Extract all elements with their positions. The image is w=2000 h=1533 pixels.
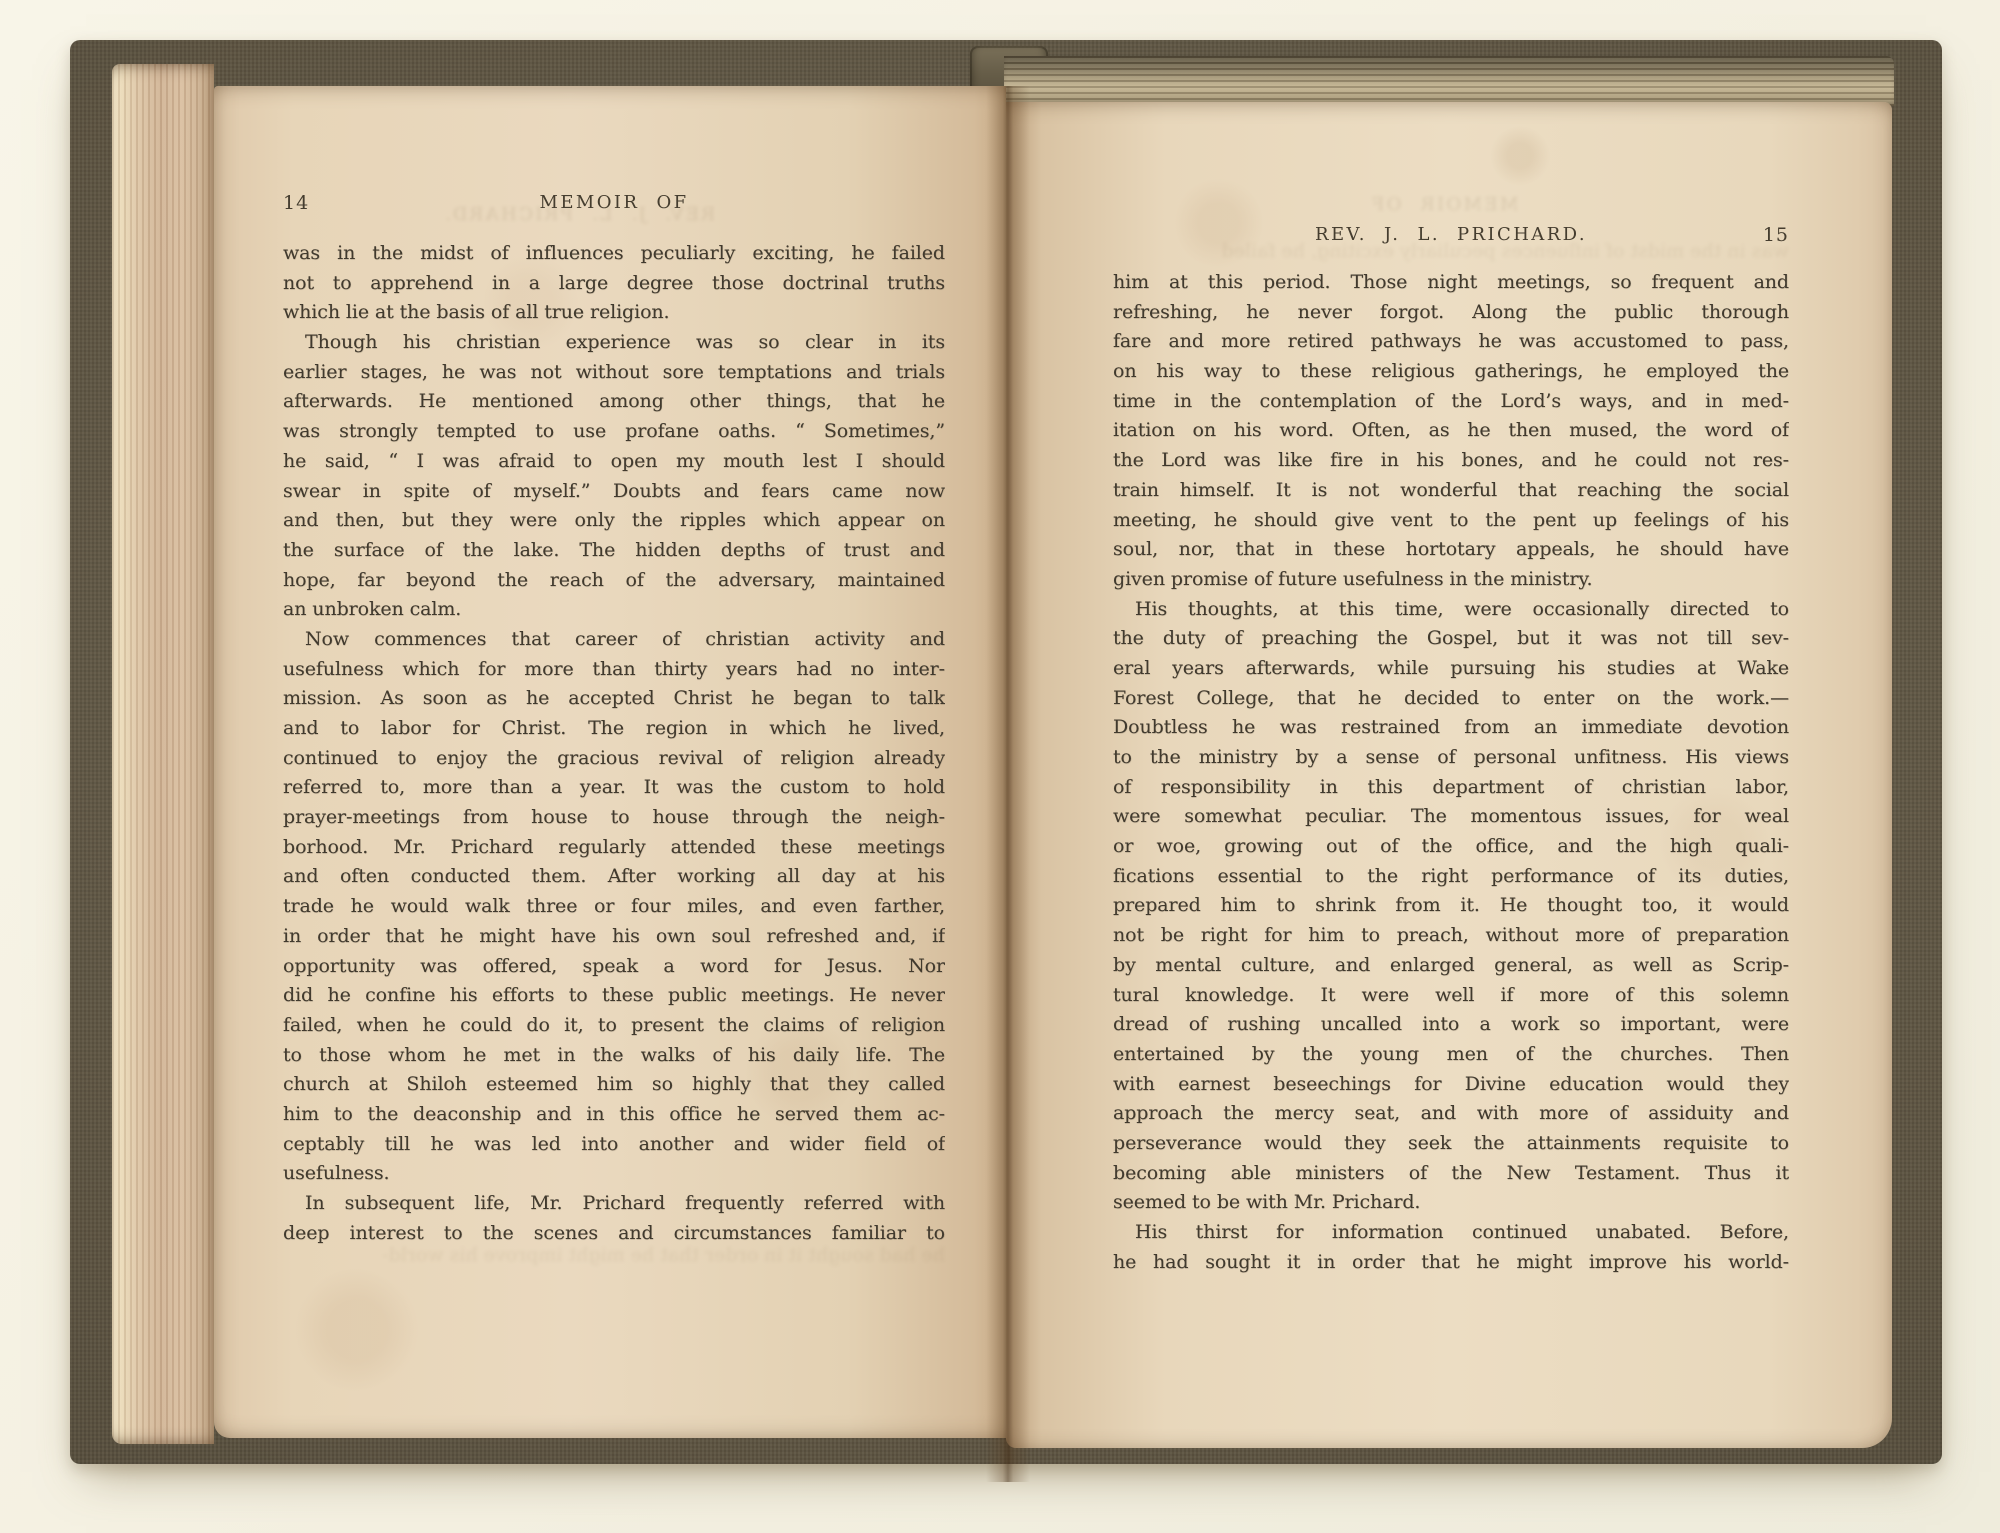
right-page-number: 15 xyxy=(1763,224,1789,246)
text-line: or woe, growing out of the office, and t… xyxy=(1113,832,1789,862)
text-line: and to labor for Christ. The region in w… xyxy=(283,714,945,744)
text-line: His thirst for information continued una… xyxy=(1113,1218,1789,1248)
page-edges-top xyxy=(1004,56,1894,106)
text-line: failed, when he could do it, to present … xyxy=(283,1011,945,1041)
text-line: afterwards. He mentioned among other thi… xyxy=(283,387,945,417)
text-line: given promise of future usefulness in th… xyxy=(1113,565,1789,595)
text-line: His thoughts, at this time, were occasio… xyxy=(1113,595,1789,625)
text-line: to the ministry by a sense of personal u… xyxy=(1113,743,1789,773)
text-line: prepared him to shrink from it. He thoug… xyxy=(1113,891,1789,921)
text-line: opportunity was offered, speak a word fo… xyxy=(283,952,945,982)
text-line: mission. As soon as he accepted Christ h… xyxy=(283,684,945,714)
text-line: with earnest beseechings for Divine educ… xyxy=(1113,1070,1789,1100)
text-line: becoming able ministers of the New Testa… xyxy=(1113,1159,1789,1189)
left-running-header: MEMOIR OF xyxy=(283,192,945,213)
text-line: on his way to these religious gatherings… xyxy=(1113,357,1789,387)
left-page-text: was in the midst of influences peculiarl… xyxy=(283,239,945,1248)
text-line: him at this period. Those night meetings… xyxy=(1113,268,1789,298)
text-line: not to apprehend in a large degree those… xyxy=(283,269,945,299)
right-running-header: REV. J. L. PRICHARD. xyxy=(1113,224,1789,245)
text-line: and often conducted them. After working … xyxy=(283,862,945,892)
left-page: REV. J. L. PRICHARD. 14 MEMOIR OF was in… xyxy=(214,86,1006,1438)
text-line: Forest College, that he decided to enter… xyxy=(1113,684,1789,714)
text-line: the duty of preaching the Gospel, but it… xyxy=(1113,624,1789,654)
text-line: by mental culture, and enlarged general,… xyxy=(1113,951,1789,981)
text-line: dread of rushing uncalled into a work so… xyxy=(1113,1010,1789,1040)
text-line: the Lord was like fire in his bones, and… xyxy=(1113,446,1789,476)
text-line: fare and more retired pathways he was ac… xyxy=(1113,327,1789,357)
text-line: to those whom he met in the walks of his… xyxy=(283,1041,945,1071)
text-line: trade he would walk three or four miles,… xyxy=(283,892,945,922)
text-line: train himself. It is not wonderful that … xyxy=(1113,476,1789,506)
text-line: the surface of the lake. The hidden dept… xyxy=(283,536,945,566)
text-line: eral years afterwards, while pursuing hi… xyxy=(1113,654,1789,684)
text-line: hope, far beyond the reach of the advers… xyxy=(283,566,945,596)
text-line: an unbroken calm. xyxy=(283,595,945,625)
text-line: borhood. Mr. Prichard regularly attended… xyxy=(283,833,945,863)
text-line: ceptably till he was led into another an… xyxy=(283,1130,945,1160)
text-line: of responsibility in this department of … xyxy=(1113,773,1789,803)
text-line: usefulness which for more than thirty ye… xyxy=(283,655,945,685)
text-line: and then, but they were only the ripples… xyxy=(283,506,945,536)
open-book: REV. J. L. PRICHARD. 14 MEMOIR OF was in… xyxy=(70,40,1942,1464)
text-line: were somewhat peculiar. The momentous is… xyxy=(1113,802,1789,832)
text-line: approach the mercy seat, and with more o… xyxy=(1113,1099,1789,1129)
text-line: seemed to be with Mr. Prichard. xyxy=(1113,1188,1789,1218)
text-line: refreshing, he never forgot. Along the p… xyxy=(1113,298,1789,328)
text-line: he had sought it in order that he might … xyxy=(1113,1248,1789,1278)
text-line: usefulness. xyxy=(283,1159,945,1189)
text-line: time in the contemplation of the Lord’s … xyxy=(1113,387,1789,417)
text-line: in order that he might have his own soul… xyxy=(283,922,945,952)
text-line: itation on his word. Often, as he then m… xyxy=(1113,416,1789,446)
text-line: was in the midst of influences peculiarl… xyxy=(283,239,945,269)
text-line: deep interest to the scenes and circumst… xyxy=(283,1219,945,1249)
text-line: he said, “ I was afraid to open my mouth… xyxy=(283,447,945,477)
text-line: him to the deaconship and in this office… xyxy=(283,1100,945,1130)
left-header-row: 14 MEMOIR OF xyxy=(283,192,945,220)
text-line: Now commences that career of christian a… xyxy=(283,625,945,655)
text-line: referred to, more than a year. It was th… xyxy=(283,773,945,803)
text-line: soul, nor, that in these hortotary appea… xyxy=(1113,535,1789,565)
ghost-text: MEMOIR OF xyxy=(1244,194,1644,215)
text-line: Though his christian experience was so c… xyxy=(283,328,945,358)
text-line: fications essential to the right perform… xyxy=(1113,862,1789,892)
text-line: not be right for him to preach, without … xyxy=(1113,921,1789,951)
text-line: prayer-meetings from house to house thro… xyxy=(283,803,945,833)
right-header-row: REV. J. L. PRICHARD. 15 xyxy=(1113,224,1789,252)
page-edges-left xyxy=(112,64,214,1444)
text-line: meeting, he should give vent to the pent… xyxy=(1113,506,1789,536)
right-page: MEMOIR OF was in the midst of influences… xyxy=(1006,102,1892,1448)
text-line: Doubtless he was restrained from an imme… xyxy=(1113,713,1789,743)
text-line: earlier stages, he was not without sore … xyxy=(283,358,945,388)
text-line: which lie at the basis of all true relig… xyxy=(283,298,945,328)
text-line: perseverance would they seek the attainm… xyxy=(1113,1129,1789,1159)
text-line: tural knowledge. It were well if more of… xyxy=(1113,981,1789,1011)
text-line: In subsequent life, Mr. Prichard frequen… xyxy=(283,1189,945,1219)
right-page-text: him at this period. Those night meetings… xyxy=(1113,268,1789,1277)
text-line: was strongly tempted to use profane oath… xyxy=(283,417,945,447)
text-line: swear in spite of myself.” Doubts and fe… xyxy=(283,477,945,507)
text-line: did he confine his efforts to these publ… xyxy=(283,981,945,1011)
text-line: continued to enjoy the gracious revival … xyxy=(283,744,945,774)
text-line: church at Shiloh esteemed him so highly … xyxy=(283,1070,945,1100)
text-line: entertained by the young men of the chur… xyxy=(1113,1040,1789,1070)
